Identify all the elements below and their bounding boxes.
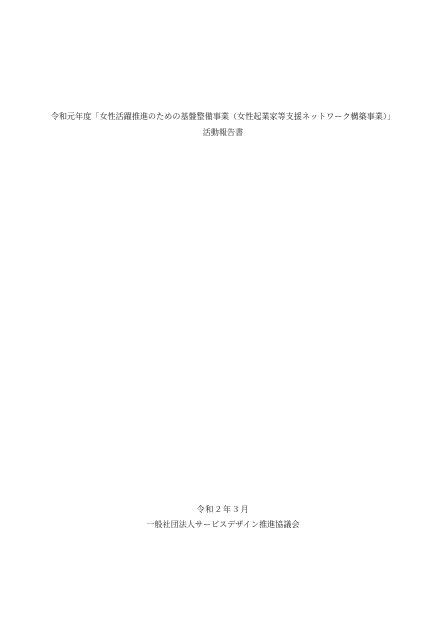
publication-date: 令和２年３月	[0, 505, 446, 515]
report-title-line-2: 活動報告書	[0, 128, 446, 138]
report-title-line-1: 令和元年度「女性活躍推進のための基盤整備事業（女性起業家等支援ネットワーク構築事…	[0, 112, 446, 122]
publisher-organization: 一般社団法人サービスデザイン推進協議会	[0, 520, 446, 530]
